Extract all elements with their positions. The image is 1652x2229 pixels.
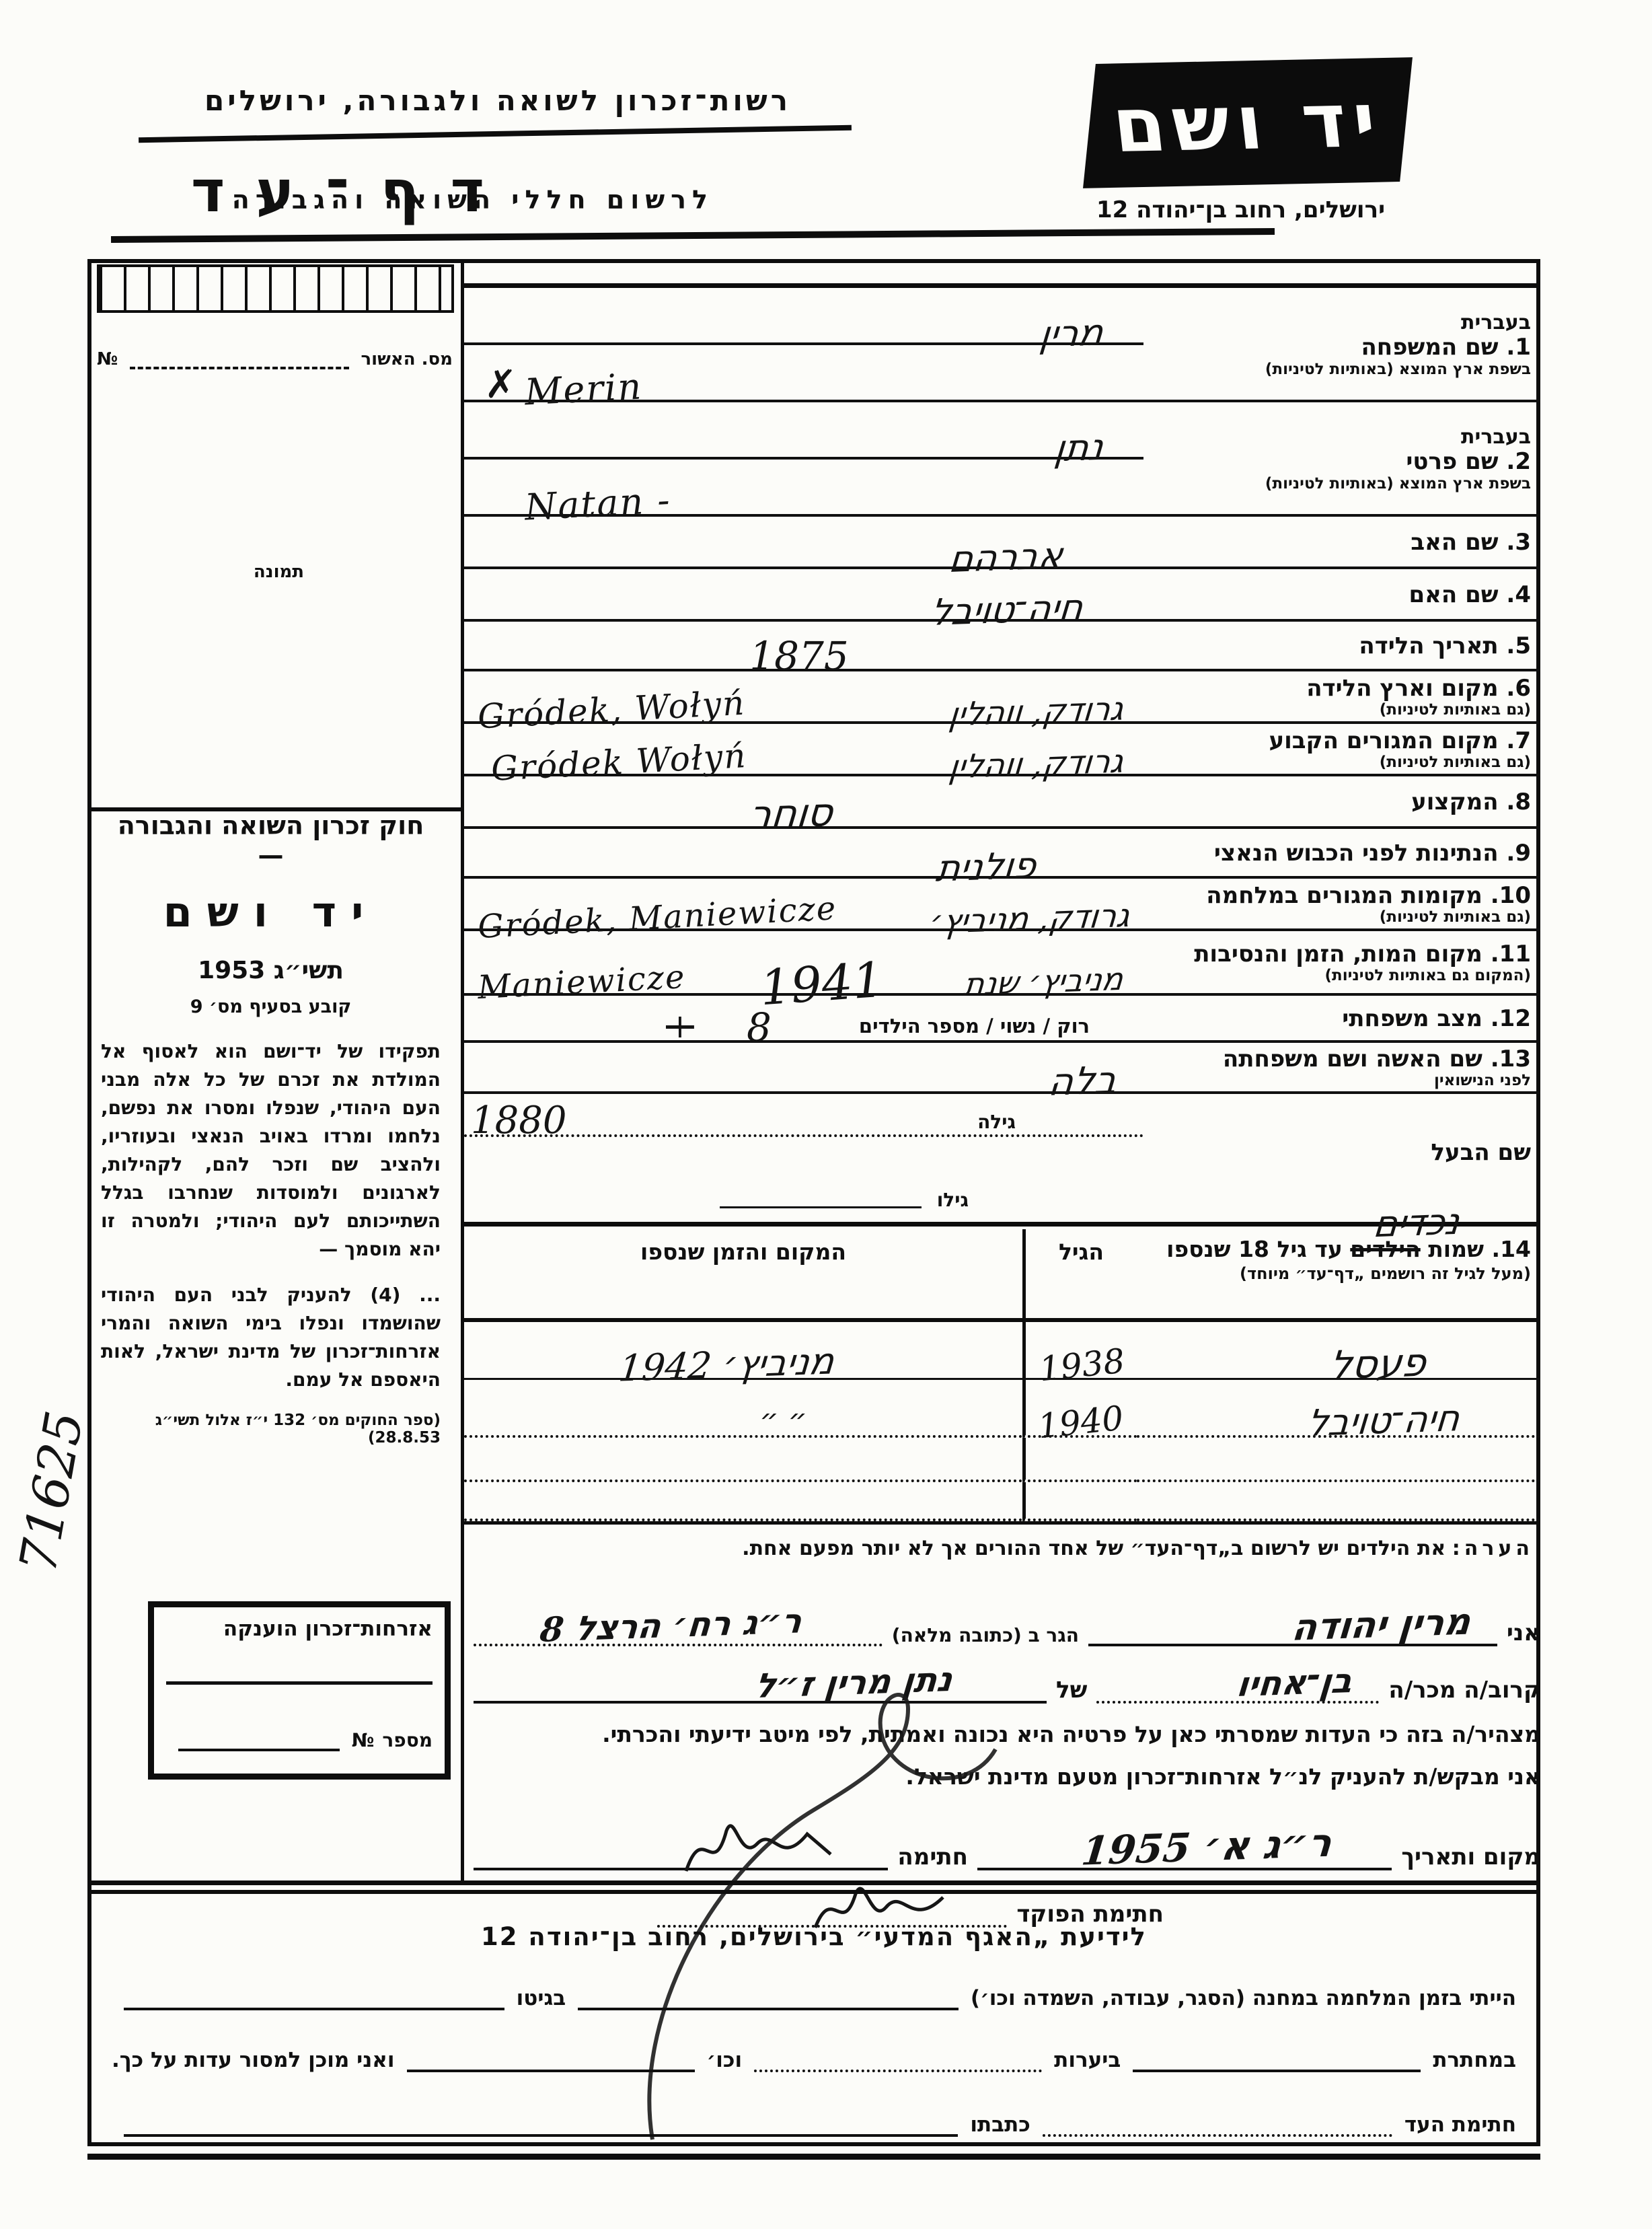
fields-top-rule [464,259,1540,288]
children-table-header: נכדים 14. שמות הילדים עד גיל 18 שנספו (מ… [464,1229,1540,1322]
citizenship-number-line [178,1722,340,1751]
field13-label: 13. שם האשה ושם משפחתה [1148,1046,1531,1072]
field8-label: 8. המקצוע [1148,789,1531,815]
ghetto-answer-line [124,1981,504,2010]
field-birth-place: 6. מקום וארץ הלידה (גם באותיות לטיניות) … [464,671,1540,724]
declarant-i-label: אני [1507,1619,1540,1646]
husband-label: שם הבעל [1148,1140,1531,1165]
camp-line: הייתי בזמן המלחמה במחנה (הסגר, עבודה, הש… [91,1951,1536,2010]
footer-section: לידיעת „האגף המדעי״ בירושלים, רחוב בן־יה… [91,1880,1536,2137]
request-text: אני מבקש/ת להעניק לנ״ל אזרחות־זכרון מטעם… [464,1763,1540,1790]
field-husband-name: שם הבעל [464,1137,1540,1177]
field5-label: 5. תאריך הלידה [1148,633,1531,659]
note-label: הערה: [1452,1537,1534,1560]
field2-sub-label: בשפת ארץ המוצא (באותיות לטיניות) [1148,475,1531,492]
field13-sub-label: לפני הנישואין [1148,1072,1531,1089]
child2-name: חיה־טויבל [1306,1400,1461,1442]
wife-birth-year-value: 1880 [471,1102,567,1140]
marital-options-printed: רוק / נשוי / מספר הילדים [859,1015,1090,1037]
field11-sub-label: (המקום גם באותיות לטיניות) [1148,967,1531,984]
children-count-mark: + [666,1009,694,1043]
testimony-page-scan: רשות־זכרון לשואה ולגבורה, ירושלים דף־עד … [0,0,1652,2229]
field-marital-status: 12. מצב משפחתי רוק / נשוי / מספר הילדים … [464,996,1540,1043]
field-family-name: בעברית 1. שם המשפחה בשפת ארץ המוצא (באות… [464,288,1540,402]
field2-label: 2. שם פרטי [1148,449,1531,474]
children-count-value: 8 [747,1008,772,1047]
citizenship-number-row: מספר № [166,1722,433,1751]
field-first-name-label: בעברית 2. שם פרטי בשפת ארץ המוצא (באותיו… [1143,402,1540,517]
grandchildren-overwrite-hw: נכדים [1372,1204,1462,1243]
underground-answer-line [1133,2043,1421,2072]
field4-label: 4. שם האם [1148,582,1531,608]
declaration-section: אני מרין יהודה הגר ב (כתובה מלאה) ר״ג רח… [464,1586,1540,1928]
approval-number-label: מס. האשור [361,349,453,369]
law-paragraph-2: ... (4) להעניק לבני העם היהודי שהושמדו ו… [101,1281,441,1394]
field10-sub-label: (גם באותיות לטיניות) [1148,908,1531,926]
citizenship-granted-title: אזרחות־זכרון הוענקה [166,1617,433,1641]
citizenship-line [166,1641,433,1685]
photo-box: תמונה [97,380,461,797]
witness-addr-answer-line [124,2107,958,2137]
birth-date-value: 1875 [749,636,849,675]
form-subtitle: לרשום חללי השואה והגבורה [232,185,714,215]
field3-label: 3. שם האב [1148,529,1531,555]
of-label: של [1056,1677,1087,1704]
relation-label: קרוב/ה מכר/ה [1388,1677,1540,1704]
footer-rule-1 [91,1880,1536,1885]
husband-age-label: גילו [937,1189,969,1211]
declare-text: מצהיר/ה בזה כי העדות שמסרתי כאן על פרטיה… [464,1721,1540,1747]
left-column: מס. האשור № תמונה חוק זכרון השואה והגבור… [87,259,464,1884]
note-line: הערה: את הילדים יש לרשום ב„דף־העד״ של אח… [464,1525,1540,1566]
field9-label: 9. הנתינות לפני הכבוש הנאצי [1148,840,1531,866]
archive-file-number: 71625 [12,1408,91,1576]
place-column-header: המקום והזמן שנספו [464,1229,1022,1265]
wife-age-row: גילה 1880 [464,1094,1540,1137]
camp-label: הייתי בזמן המלחמה במחנה (הסגר, עבודה, הש… [971,1986,1516,2010]
field1-sub-label: בשפת ארץ המוצא (באותיות לטיניות) [1148,361,1531,378]
wife-age-label: גילה [977,1111,1016,1133]
logo-address: ירושלים, רחוב בן־יהודה 12 [1096,196,1385,223]
yad-vashem-logo-text: יד ושם [1109,77,1388,170]
field-citizenship: 9. הנתינות לפני הכבוש הנאצי פולנית [464,829,1540,879]
field1-label: 1. שם המשפחה [1148,334,1531,360]
forests-answer-line [754,2043,1042,2072]
numero-sign: № [97,349,118,369]
field2-lang-label: בעברית [1148,425,1531,449]
ready-to-testify-label: ואני מוכן למסור עדות על כך. [112,2048,395,2072]
child-row-4 [464,1482,1540,1521]
child-row-3 [464,1438,1540,1482]
field-wife-name: 13. שם האשה ושם משפחתה לפני הנישואין בלה [464,1043,1540,1094]
field-wartime-residence: 10. מקומות המגורים במלחמה (גם באותיות לט… [464,879,1540,931]
declarant-address-line: ר״ג רח׳ הרצל 8 [474,1613,883,1646]
death-place-hebrew-value: מניביץ׳ שנת [963,963,1125,1000]
underground-label: במחתרת [1433,2048,1516,2072]
child-row-2: חיה־טויבל 1940 ״ ״ [464,1380,1540,1438]
approval-number-row: מס. האשור № [97,340,453,369]
children-table: נכדים 14. שמות הילדים עד גיל 18 שנספו (מ… [464,1229,1540,1525]
law-block: חוק זכרון השואה והגבורה — יד ושם תשי״ג 1… [101,811,441,1447]
place-date-label: מקום ותאריך [1401,1843,1540,1870]
field12-label: 12. מצב משפחתי [1148,1006,1531,1031]
field14-label-suffix: עד גיל 18 שנספו [1166,1236,1343,1262]
subject-name-line: נתן מרין ז״ל [474,1670,1047,1704]
field6-label: 6. מקום וארץ הלידה [1148,675,1531,701]
profession-value: סוחר [747,793,835,835]
law-title: חוק זכרון השואה והגבורה — [101,811,441,870]
photo-label: תמונה [97,562,461,582]
field-profession: 8. המקצוע סוחר [464,776,1540,829]
citizenship-number-label: מספר [382,1729,433,1751]
child-row-1: פעסל 1938 מניביץ׳ 1942 [464,1322,1540,1380]
place-date-hw: ר״ג א׳ 1955 [1080,1823,1334,1870]
forests-label: ביערות [1054,2048,1121,2072]
underground-line: במחתרת ביערות וכו׳ ואני מוכן למסור עדות … [91,2010,1536,2072]
witness-sig-answer-line [1043,2107,1392,2137]
etc-answer-line [407,2043,695,2072]
field6-sub-label: (גם באותיות לטיניות) [1148,701,1531,719]
citizenship-numero-sign: № [352,1729,375,1751]
footer-rule-2 [91,1890,1536,1894]
resides-label: הגר ב (כתובה מלאה) [892,1624,1079,1646]
field-mother-name: 4. שם האם חיה־טויבל [464,569,1540,622]
camp-answer-line [578,1981,959,2010]
declarant-address-hw: ר״ג רח׳ הרצל 8 [538,1604,803,1647]
signature-label: חתימה [897,1843,968,1870]
field-birth-date: 5. תאריך הלידה 1875 [464,622,1540,671]
place-date-line: מקום ותאריך ר״ג א׳ 1955 חתימה [464,1803,1540,1870]
law-section: קובע בסעיף מס׳ 9 [101,996,441,1017]
field1-lang-label: בעברית [1148,311,1531,334]
field7-label: 7. מקום המגורים הקבוע [1148,728,1531,754]
field10-label: 10. מקומות המגורים במלחמה [1148,883,1531,908]
scientific-branch-notice: לידיעת „האגף המדעי״ בירושלים, רחוב בן־יה… [91,1922,1536,1951]
witness-sig-label: חתימת העד [1404,2113,1516,2137]
field-family-name-label: בעברית 1. שם המשפחה בשפת ארץ המוצא (באות… [1143,288,1540,402]
witness-signature-line: חתימת העד כתבתו [91,2072,1536,2137]
etc-label: וכו׳ [707,2048,743,2072]
signature-line [474,1837,888,1870]
declarant-name-line: מרין יהודה [1088,1613,1497,1646]
child2-place: ״ ״ [759,1405,807,1435]
field7-sub-label: (גם באותיות לטיניות) [1148,754,1531,771]
ghetto-label: בגיטו [517,1986,566,2010]
citizenship-granted-box: אזרחות־זכרון הוענקה מספר № [148,1601,451,1780]
law-year: תשי״ג 1953 [101,957,441,984]
header-rule [111,228,1275,243]
approval-number-line [130,340,348,369]
law-org: יד ושם [101,887,441,937]
law-paragraph-1: תפקידו של יד־ושם הוא לאסוף אל המולדת את … [101,1037,441,1264]
field-death-place: 11. מקום המות, הזמן והנסיבות (המקום גם ב… [464,931,1540,996]
note-text: את הילדים יש לרשום ב„דף־העד״ של אחד ההור… [742,1537,1445,1560]
field-permanent-residence: 7. מקום המגורים הקבוע (גם באותיות לטיניו… [464,724,1540,776]
relation-value-line: בן־אחיו [1096,1670,1379,1704]
declarant-line: אני מרין יהודה הגר ב (כתובה מלאה) ר״ג רח… [464,1586,1540,1646]
field14-sub-label: (מעל לגיל זה רושמים „דף־עד״ מיוחד) [1137,1264,1540,1288]
field-first-name: בעברית 2. שם פרטי בשפת ארץ המוצא (באותיו… [464,402,1540,517]
index-strip [97,264,454,313]
field-father-name: 3. שם האב אברהם [464,517,1540,569]
relation-hw: בן־אחיו [1236,1664,1354,1702]
law-source: (ספר החוקים מס׳ 132 י״ז אלול תשי״ג 28.8.… [101,1412,441,1447]
subject-name-hw: נתן מרין ז״ל [754,1662,954,1703]
relation-line: קרוב/ה מכר/ה בן־אחיו של נתן מרין ז״ל [464,1646,1540,1704]
authority-underline [139,125,852,143]
field11-label: 11. מקום המות, הזמן והנסיבות [1148,941,1531,967]
witness-addr-label: כתבתו [970,2113,1030,2137]
authority-line: רשות־זכרון לשואה ולגבורה, ירושלים [204,84,791,117]
yad-vashem-logo: יד ושם [1083,57,1413,188]
age-column-header: הגיל [1026,1229,1137,1265]
declarant-name-hw: מרין יהודה [1290,1603,1472,1645]
child1-name: פעסל [1328,1342,1428,1385]
place-date-value-line: ר״ג א׳ 1955 [977,1837,1392,1870]
husband-age-line [720,1206,922,1208]
fields-area: בעברית 1. שם המשפחה בשפת ארץ המוצא (באות… [464,259,1540,1928]
correction-mark: ✗ [484,365,517,404]
